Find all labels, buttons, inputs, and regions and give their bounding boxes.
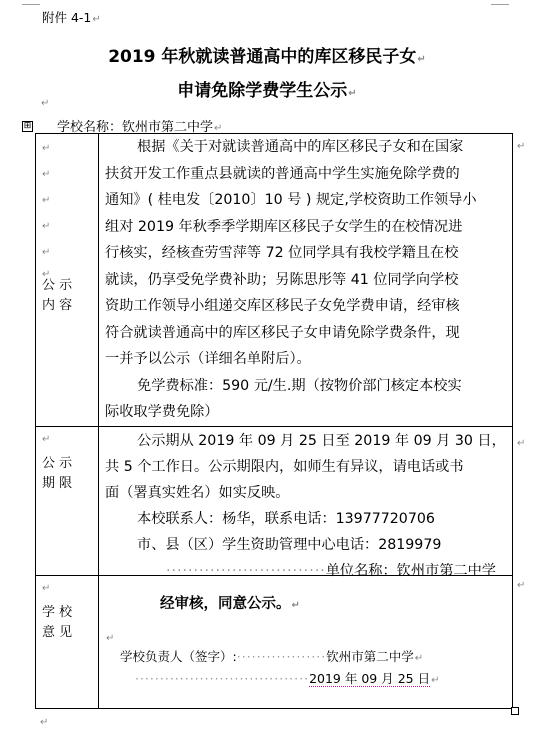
aid-center-phone-line: 市、县（区）学生资助管理中心电话：2819979 [105,532,506,558]
paragraph-mark-icon: ↵ [415,653,423,664]
table-resize-handle-icon[interactable] [511,707,519,715]
content-cell: 公示期从 2019 年 09 月 25 日至 2019 年 09 月 30 日，… [99,426,512,575]
label-cell: ↵ 学 校 意 见 [36,575,99,708]
paragraph-mark-icon: ↵ [517,580,525,591]
label-line-1: 学 校 [42,603,72,623]
content-line: 免学费标准：590 元/生.期（按物价部门核定本校实 [105,373,506,400]
label-cell: ↵ ↵ ↵ ↵ ↵ ↵ 公 示 内 容 [36,134,99,426]
paragraph-mark-icon: ↵ [40,717,48,728]
paragraph-mark-icon: ↵ [106,633,114,644]
label-line-2: 内 容 [42,296,72,316]
attachment-label: 附件 4-1↵ [42,8,101,26]
paragraph-mark-icon: ↵ [431,675,439,686]
paragraph-mark-icon: ↵ [292,600,300,611]
content-line: 共 5 个工作日。公示期限内，如师生有异议，请电话或书 [105,454,506,480]
content-line: 面（署真实姓名）如实反映。 [105,480,506,506]
signature-date: 2019 年 09 月 25 日 [309,671,430,687]
content-line: 就读，仍享受免学费补助；另陈思彤等 41 位同学向学校 [105,267,506,294]
content-line: 资助工作领导小组递交库区移民子女免学费申请，经审核 [105,293,506,320]
label-cell: ↵ 公 示 期 限 [36,426,99,575]
contact-person-line: 本校联系人：杨华，联系电话：13977720706 [105,506,506,532]
content-line: 符合就读普通高中的库区移民子女申请免除学费条件，现 [105,320,506,347]
paragraph-mark-icon: ↵ [42,143,50,154]
label-line-1: 公 示 [42,454,72,474]
table-row-content: ↵ ↵ ↵ ↵ ↵ ↵ 公 示 内 容 根据《关于对就读普通高中的库区移民子女和… [35,133,513,427]
table-move-handle-icon[interactable]: ⊞ [22,121,33,132]
row-label: 公 示 内 容 [42,276,72,316]
title-line-2-text: 申请免除学费学生公示 [177,81,347,101]
leader-dots: ··································· [135,671,309,686]
paragraph-mark-icon: ↵ [417,54,425,65]
content-line: 际收取学费免除） [105,399,506,426]
signature-org: 钦州市第二中学 [326,649,414,664]
paragraph-mark-icon: ↵ [42,247,50,258]
paragraph-mark-icon: ↵ [42,169,50,180]
signature-date-line: ···································2019 … [135,669,439,687]
page-corner-mark-top-right [491,0,509,5]
signature-label: 学校负责人（签字）: [120,649,237,664]
signature-line: 学校负责人（签字）:··················钦州市第二中学↵ [120,647,423,665]
paragraph-mark-icon: ↵ [517,141,525,152]
paragraph-mark-icon: ↵ [517,438,525,449]
title-line-1-text: 2019 年秋就读普通高中的库区移民子女 [108,47,416,67]
leader-dots: ·················· [237,649,327,664]
table-row-period: ↵ 公 示 期 限 公示期从 2019 年 09 月 25 日至 2019 年 … [35,426,513,576]
content-line: 一并予以公示（详细名单附后）。 [105,346,506,373]
approval-text: 经审核，同意公示。↵ [160,592,300,613]
document-title-line-1: 2019 年秋就读普通高中的库区移民子女↵ [0,42,534,67]
paragraph-mark-icon: ↵ [42,583,50,594]
content-line: 组对 2019 年秋季季学期库区移民子女学生的在校情况进 [105,214,506,241]
label-line-2: 期 限 [42,474,72,494]
content-line: 行核实，经核查劳雪萍等 72 位同学具有我校学籍且在校 [105,240,506,267]
table-row-school-opinion: ↵ 学 校 意 见 经审核，同意公示。↵ ↵ 学校负责人（签字）:·······… [35,575,513,709]
notice-period-paragraph: 公示期从 2019 年 09 月 25 日至 2019 年 09 月 30 日，… [105,428,506,584]
document-title-line-2: 申请免除学费学生公示↵ [0,76,534,101]
paragraph-mark-icon: ↵ [92,14,100,25]
content-line: 扶贫开发工作重点县就读的普通高中学生实施免除学费的 [105,161,506,188]
paragraph-mark-icon: ↵ [348,88,356,99]
paragraph-mark-icon: ↵ [42,221,50,232]
label-line-2: 意 见 [42,623,72,643]
paragraph-mark-icon: ↵ [42,434,50,445]
row-label: 公 示 期 限 [42,454,72,494]
content-line: 通知》( 桂电发〔2010〕10 号 ) 规定,学校资助工作领导小 [105,187,506,214]
paragraph-mark-icon: ↵ [42,195,50,206]
label-line-1: 公 示 [42,276,72,296]
content-cell: 根据《关于对就读普通高中的库区移民子女和在国家 扶贫开发工作重点县就读的普通高中… [99,134,512,426]
page-corner-mark-top-left [22,0,40,5]
content-line: 根据《关于对就读普通高中的库区移民子女和在国家 [105,134,506,161]
notice-content-paragraph: 根据《关于对就读普通高中的库区移民子女和在国家 扶贫开发工作重点县就读的普通高中… [105,134,506,426]
approval-text-value: 经审核，同意公示。 [160,596,291,612]
attachment-label-text: 附件 4-1 [42,10,91,25]
paragraph-mark-icon: ↵ [41,98,49,109]
content-line: 公示期从 2019 年 09 月 25 日至 2019 年 09 月 30 日， [105,428,506,454]
row-label: 学 校 意 见 [42,603,72,643]
content-cell: 经审核，同意公示。↵ ↵ 学校负责人（签字）:·················… [99,575,512,708]
